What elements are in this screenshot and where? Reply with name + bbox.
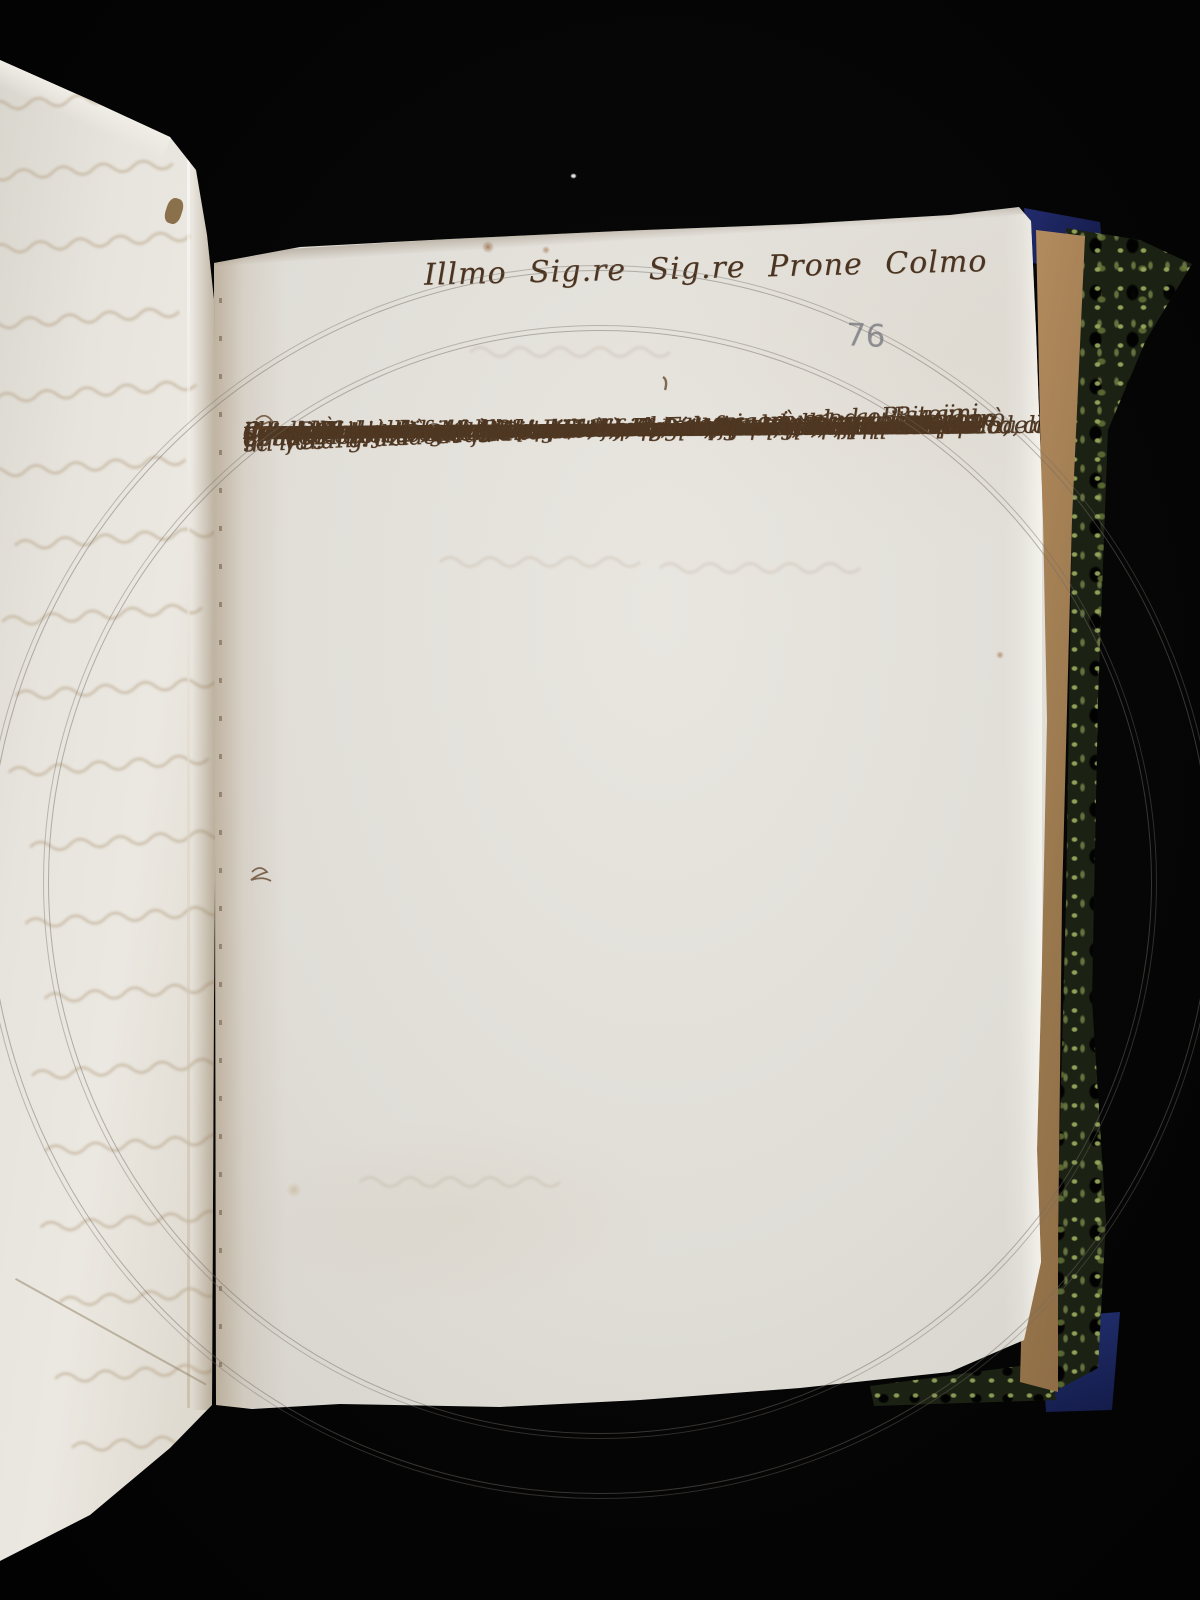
page-number-pencil: 76 [845, 317, 886, 355]
gutter-fold-highlight [187, 150, 190, 1408]
letter-line: mi farà grazia in farla ricercare, e scr… [243, 393, 980, 463]
letter-body: Ricevo in questa Posta una sua fav.ma, l… [243, 406, 1043, 412]
gutter-shadow-left [192, 140, 218, 1410]
left-page [0, 0, 240, 1600]
page-edge-highlight [1004, 214, 1042, 1394]
dust-speck [571, 174, 576, 178]
letter-salutation: Illmo Sig.re Sig.re Prone Colmo [424, 246, 895, 292]
binding-stitches [219, 298, 222, 1398]
manuscript-photo: Illmo Sig.re Sig.re Prone Colmo 76 Ricev… [0, 0, 1200, 1600]
